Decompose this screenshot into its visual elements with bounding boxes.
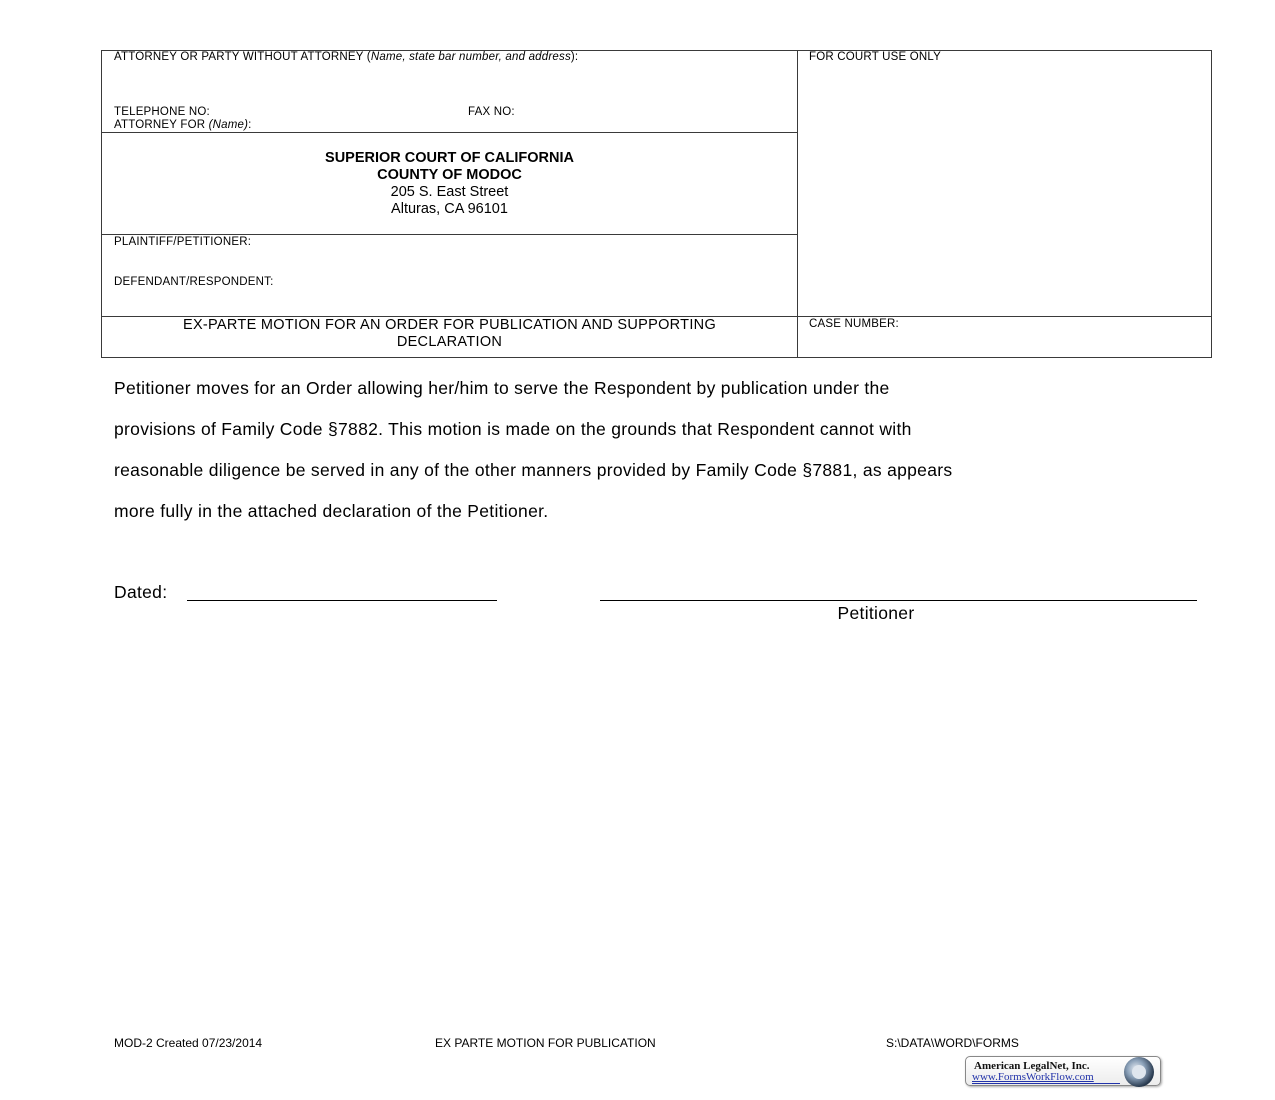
- plaintiff-label: PLAINTIFF/PETITIONER:: [114, 236, 251, 248]
- american-legalnet-logo[interactable]: American LegalNet, Inc. www.FormsWorkFlo…: [965, 1056, 1161, 1086]
- petitioner-signature-field[interactable]: [600, 583, 1197, 601]
- footer-form-id: MOD-2 Created 07/23/2014: [114, 1036, 262, 1050]
- footer-file-path: S:\DATA\WORD\FORMS: [886, 1036, 1019, 1050]
- attorney-label-italic: Name, state bar number, and address: [371, 51, 571, 63]
- case-number-label: CASE NUMBER:: [809, 318, 899, 330]
- footer-form-name: EX PARTE MOTION FOR PUBLICATION: [435, 1036, 656, 1050]
- plaintiff-field[interactable]: [280, 236, 780, 252]
- court-name-line2: COUNTY OF MODOC: [377, 167, 522, 183]
- court-address-line2: Alturas, CA 96101: [101, 201, 798, 218]
- attorney-label: ATTORNEY OR PARTY WITHOUT ATTORNEY (: [114, 51, 371, 63]
- case-number-field[interactable]: [809, 333, 1204, 353]
- fax-label: FAX NO:: [468, 106, 515, 118]
- attorney-field[interactable]: ATTORNEY OR PARTY WITHOUT ATTORNEY (Name…: [114, 51, 578, 63]
- telephone-label: TELEPHONE NO:: [114, 106, 210, 118]
- caption-divider-attorney: [101, 132, 798, 133]
- court-use-label: FOR COURT USE ONLY: [809, 51, 941, 63]
- attorney-for-field[interactable]: ATTORNEY FOR (Name):: [114, 119, 252, 131]
- defendant-field[interactable]: [305, 276, 785, 292]
- logo-url-link[interactable]: www.FormsWorkFlow.com: [972, 1071, 1094, 1083]
- petitioner-label: Petitioner: [600, 603, 1152, 624]
- form-title-line1: EX-PARTE MOTION FOR AN ORDER FOR PUBLICA…: [101, 317, 798, 334]
- defendant-label: DEFENDANT/RESPONDENT:: [114, 276, 273, 288]
- motion-text-line-1: Petitioner moves for an Order allowing h…: [114, 378, 890, 399]
- court-name-block: SUPERIOR COURT OF CALIFORNIA COUNTY OF M…: [101, 150, 798, 218]
- form-title: EX-PARTE MOTION FOR AN ORDER FOR PUBLICA…: [101, 317, 798, 351]
- dated-label: Dated:: [114, 582, 167, 603]
- motion-text-line-2: provisions of Family Code §7882. This mo…: [114, 419, 912, 440]
- attorney-for-label: ATTORNEY FOR: [114, 119, 209, 131]
- court-address-line1: 205 S. East Street: [101, 184, 798, 201]
- logo-underline: [972, 1083, 1120, 1084]
- caption-divider-court: [101, 234, 798, 235]
- motion-text-line-3: reasonable diligence be served in any of…: [114, 460, 952, 481]
- motion-text-line-4: more fully in the attached declaration o…: [114, 501, 548, 522]
- caption-border-right: [1211, 50, 1212, 358]
- court-name-line1: SUPERIOR COURT OF CALIFORNIA: [325, 150, 574, 166]
- dated-field[interactable]: [187, 583, 497, 601]
- globe-icon: [1124, 1057, 1154, 1087]
- form-title-line2: DECLARATION: [101, 334, 798, 351]
- caption-border-bottom: [101, 357, 1212, 358]
